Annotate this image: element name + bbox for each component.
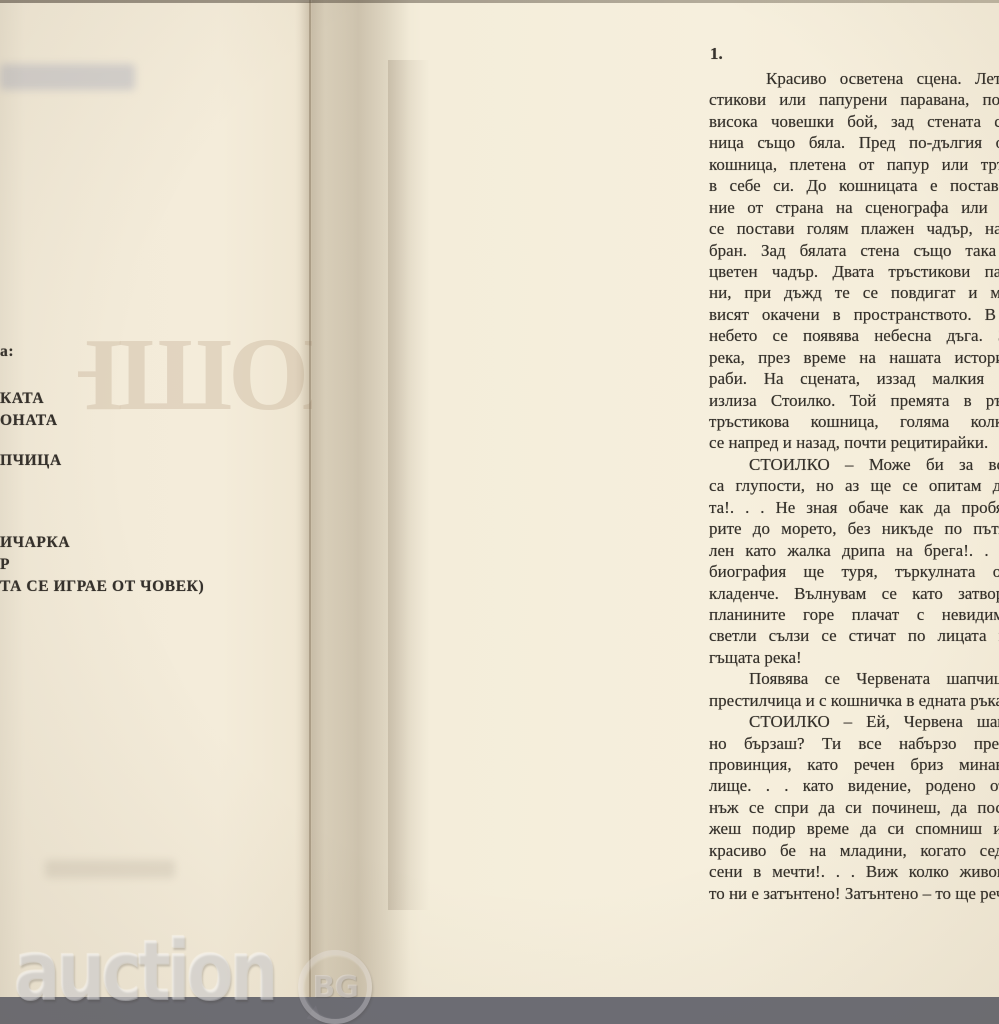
text-line: река, през време на нашата история ще до…: [709, 347, 999, 368]
text-line: висока човешки бой, зад стената се вижда…: [709, 111, 999, 132]
faint-ink-smudge: [45, 860, 175, 878]
page-edge-line: [309, 0, 311, 997]
text-line: но бързаш? Ти все набързо преминаваш пре…: [709, 733, 999, 754]
text-line: в себе си. До кошницата е поставен плете…: [709, 175, 999, 196]
cast-fragment: ОНАТА: [0, 412, 58, 430]
faint-ink-smudge: [0, 64, 135, 90]
text-line: лище. . . като видение, родено от мъглит…: [709, 775, 999, 796]
text-line: тръстикова кошница, голяма колкото футбо…: [709, 411, 999, 432]
table-surface-band: [0, 997, 999, 1024]
cast-fragment: а:: [0, 343, 14, 361]
right-page: 1. Красиво осветена сцена. Летен ден. В …: [312, 0, 999, 997]
text-line: сени в мечти!. . . Виж колко живописно е…: [709, 861, 999, 882]
text-line: се напред и назад, почти рецитирайки.: [709, 432, 999, 453]
cast-fragment: Р: [0, 556, 10, 574]
text-line: СТОИЛКО – Може би за всички тук това, ко…: [709, 454, 999, 475]
text-line: ни, при дъжд те се повдигат и могат да с…: [709, 282, 999, 303]
text-line: СТОИЛКО – Ей, Червена шапчице, поспри се…: [709, 711, 999, 732]
text-line: се постави голям плажен чадър, наричан п…: [709, 218, 999, 239]
cast-fragment: ПЧИЦА: [0, 452, 62, 470]
text-line: ница също бяла. Пред по-дългия от парава…: [709, 132, 999, 153]
text-line: излиза Стоилко. Той премята в ръцете си …: [709, 390, 999, 411]
text-line: кошница, плетена от папур или тръстика, …: [709, 154, 999, 175]
text-line: Красиво осветена сцена. Летен ден. В дън…: [709, 68, 999, 89]
text-line: жеш подир време да си спомниш и да пишеш…: [709, 818, 999, 839]
text-line: провинция, като речен бриз минаваш покра…: [709, 754, 999, 775]
text-line: ние от страна на сценографа или на режис…: [709, 197, 999, 218]
section-number: 1.: [710, 44, 723, 64]
text-line: престилчица и с кошничка в едната ръка.: [709, 690, 999, 711]
text-line: стикови или папурени паравана, помежду и…: [709, 89, 999, 110]
photo-top-edge: [0, 0, 999, 3]
text-line: раби. На сцената, иззад малкия тръстиков…: [709, 368, 999, 389]
left-page: КОШНИ а:КАТАОНАТАПЧИЦАИЧАРКАРТА СЕ ИГРАЕ…: [0, 2, 312, 997]
play-text-column: Красиво осветена сцена. Летен ден. В дън…: [709, 68, 999, 904]
text-line: красиво бе на младини, когато седяхме дъ…: [709, 840, 999, 861]
text-line: лен като жалка дрипа на брега!. . . Сълз…: [709, 540, 999, 561]
book-photo: КОШНИ а:КАТАОНАТАПЧИЦАИЧАРКАРТА СЕ ИГРАЕ…: [0, 0, 999, 1024]
text-line: светли сълзи се стичат по лицата им, за …: [709, 625, 999, 646]
text-line: са глупости, но аз ще се опитам да напиш…: [709, 475, 999, 496]
text-line: гъщата река!: [709, 647, 999, 668]
text-line: цветен чадър. Двата тръстикови паравана …: [709, 261, 999, 282]
text-line: биография ще туря, търкулната от някое п…: [709, 561, 999, 582]
cast-fragment: ТА СЕ ИГРАЕ ОТ ЧОВЕК): [0, 578, 204, 596]
text-line: кладенче. Вълнувам се като затворя очите…: [709, 583, 999, 604]
text-line: нъж се спри да си починеш, да поседиме з…: [709, 797, 999, 818]
text-line: небето се появява небесна дъга. Зад наши…: [709, 325, 999, 346]
text-line: то ни е затънтено! Затънтено – то ще реч…: [709, 883, 999, 904]
text-line: бран. Зад бялата стена също така може да…: [709, 240, 999, 261]
cast-fragment: КАТА: [0, 390, 44, 408]
text-line: рите до морето, без никъде по пътя да по…: [709, 518, 999, 539]
cast-fragment: ИЧАРКА: [0, 534, 70, 552]
text-line: та!. . . Не зная обаче как да пробягам т…: [709, 497, 999, 518]
text-line: висят окачени в пространството. В дъното…: [709, 304, 999, 325]
text-line: Появява се Червената шапчица, облечена в…: [709, 668, 999, 689]
text-line: планините горе плачат с невидимите и вид…: [709, 604, 999, 625]
